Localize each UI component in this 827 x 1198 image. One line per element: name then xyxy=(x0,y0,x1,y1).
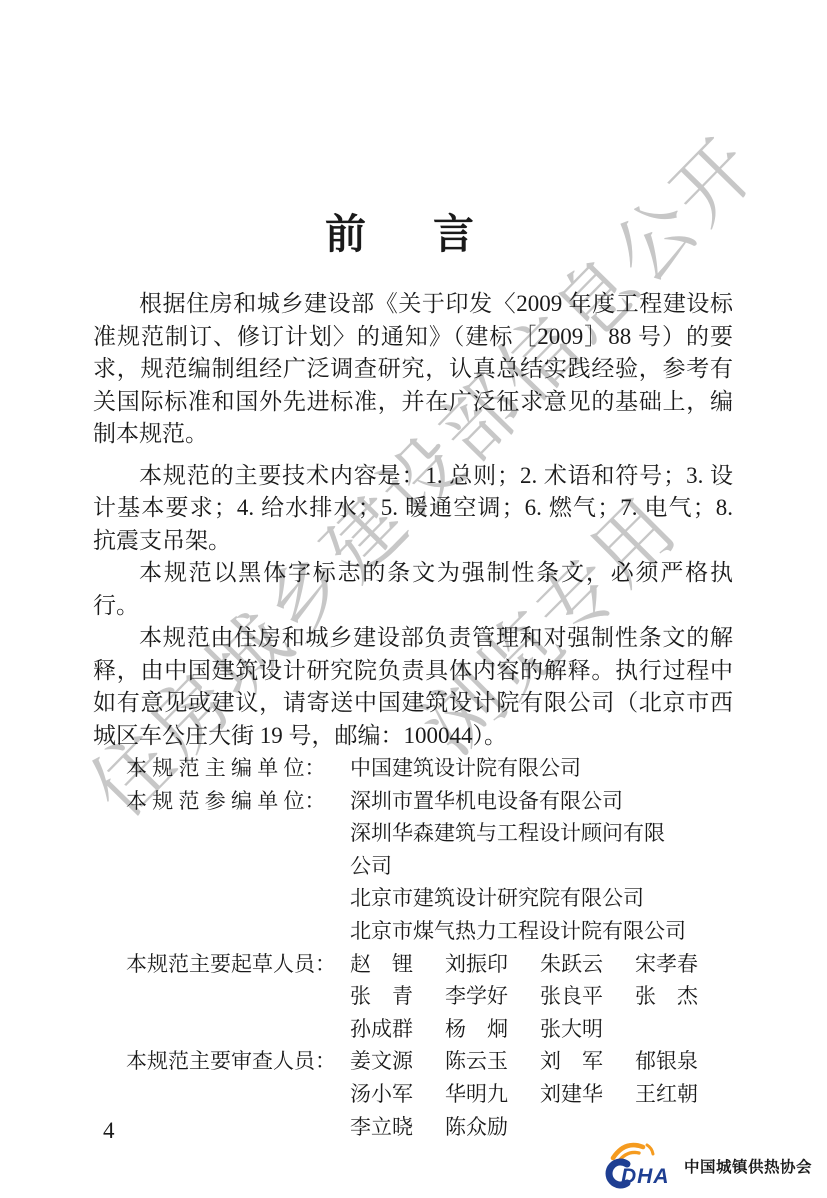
contributor-row: 本 规 范 主 编 单 位：中国建筑设计院有限公司 xyxy=(93,752,733,785)
contributor-name: 陈众励 xyxy=(445,1111,509,1144)
contributor-unit-line: 公司 xyxy=(350,850,392,883)
contributor-unit-line: 深圳市置华机电设备有限公司 xyxy=(350,785,623,818)
contributor-name: 张 青 xyxy=(350,980,414,1013)
contributor-row: 北京市建筑设计研究院有限公司 xyxy=(93,882,733,915)
body-text: 根据住房和城乡建设部《关于印发〈2009 年度工程建设标准规范制订、修订计划〉的… xyxy=(93,288,733,1143)
contributor-name: 王红朝 xyxy=(635,1078,699,1111)
cdha-logo-icon: DHA xyxy=(597,1136,675,1190)
contributor-name: 张 杰 xyxy=(635,980,699,1013)
paragraph: 本规范的主要技术内容是：1. 总则；2. 术语和符号；3. 设计基本要求；4. … xyxy=(93,460,733,558)
contributor-name: 朱跃云 xyxy=(540,948,604,981)
title-char-right: 言 xyxy=(433,211,475,257)
association-logo: DHA 中国城镇供热协会 xyxy=(597,1136,812,1190)
contributor-name: 张大明 xyxy=(540,1013,604,1046)
contributor-name: 李学好 xyxy=(445,980,509,1013)
contributor-label xyxy=(126,850,338,883)
contributor-name: 姜文源 xyxy=(350,1045,414,1078)
page-content: 前言 根据住房和城乡建设部《关于印发〈2009 年度工程建设标准规范制订、修订计… xyxy=(0,0,827,1198)
contributor-names-line: 李立晓陈众励 xyxy=(350,1111,540,1144)
contributor-name: 汤小军 xyxy=(350,1078,414,1111)
contributor-name: 张良平 xyxy=(540,980,604,1013)
page-number: 4 xyxy=(103,1118,115,1144)
contributor-unit-line: 北京市煤气热力工程设计院有限公司 xyxy=(350,915,686,948)
contributor-label: 本规范主要起草人员： xyxy=(126,948,338,981)
document-page: 住房城乡建设部信息公开 浏览专用 前言 根据住房和城乡建设部《关于印发〈2009… xyxy=(0,0,827,1198)
contributor-label xyxy=(126,882,338,915)
logo-orange-tick xyxy=(647,1145,653,1154)
contributor-label xyxy=(126,1013,338,1046)
contributor-name: 杨 炯 xyxy=(445,1013,509,1046)
contributor-row: 深圳华森建筑与工程设计顾问有限 xyxy=(93,817,733,850)
contributor-names-line: 孙成群杨 炯张大明 xyxy=(350,1013,635,1046)
contributor-name: 刘 军 xyxy=(540,1045,604,1078)
paragraph: 本规范由住房和城乡建设部负责管理和对强制性条文的解释，由中国建筑设计研究院负责具… xyxy=(93,622,733,752)
contributor-row: 孙成群杨 炯张大明 xyxy=(93,1013,733,1046)
page-title: 前言 xyxy=(0,201,800,260)
contributor-row: 本 规 范 参 编 单 位：深圳市置华机电设备有限公司 xyxy=(93,785,733,818)
contributor-names-line: 张 青李学好张良平张 杰 xyxy=(350,980,730,1013)
contributor-name: 郁银泉 xyxy=(635,1045,699,1078)
contributor-row: 汤小军华明九刘建华王红朝 xyxy=(93,1078,733,1111)
contributor-row: 张 青李学好张良平张 杰 xyxy=(93,980,733,1013)
contributor-unit-line: 北京市建筑设计研究院有限公司 xyxy=(350,882,644,915)
contributor-name: 孙成群 xyxy=(350,1013,414,1046)
contributor-row: 北京市煤气热力工程设计院有限公司 xyxy=(93,915,733,948)
contributor-label: 本 规 范 主 编 单 位： xyxy=(126,752,338,785)
contributor-name: 刘建华 xyxy=(540,1078,604,1111)
logo-acronym-text: DHA xyxy=(621,1165,670,1188)
contributor-label xyxy=(126,1111,338,1144)
contributor-row: 本规范主要起草人员：赵 锂刘振印朱跃云宋孝春 xyxy=(93,948,733,981)
contributor-label: 本规范主要审查人员： xyxy=(126,1045,338,1078)
contributor-label xyxy=(126,915,338,948)
contributor-name: 宋孝春 xyxy=(635,948,699,981)
contributor-row: 公司 xyxy=(93,850,733,883)
contributor-label xyxy=(126,980,338,1013)
contributor-label: 本 规 范 参 编 单 位： xyxy=(126,785,338,818)
contributor-name: 陈云玉 xyxy=(445,1045,509,1078)
contributor-names-line: 赵 锂刘振印朱跃云宋孝春 xyxy=(350,948,730,981)
contributor-names-line: 姜文源陈云玉刘 军郁银泉 xyxy=(350,1045,730,1078)
contributor-label xyxy=(126,1078,338,1111)
contributor-name: 赵 锂 xyxy=(350,948,414,981)
paragraph: 根据住房和城乡建设部《关于印发〈2009 年度工程建设标准规范制订、修订计划〉的… xyxy=(93,288,733,451)
contributor-unit-line: 深圳华森建筑与工程设计顾问有限 xyxy=(350,817,665,850)
contributor-name: 刘振印 xyxy=(445,948,509,981)
contributors-section: 本 规 范 主 编 单 位：中国建筑设计院有限公司本 规 范 参 编 单 位：深… xyxy=(93,752,733,1143)
contributor-name: 李立晓 xyxy=(350,1111,414,1144)
contributor-row: 本规范主要审查人员：姜文源陈云玉刘 军郁银泉 xyxy=(93,1045,733,1078)
logo-org-name: 中国城镇供热协会 xyxy=(684,1155,812,1177)
paragraph: 本规范以黑体字标志的条文为强制性条文，必须严格执行。 xyxy=(93,557,733,622)
contributor-name: 华明九 xyxy=(445,1078,509,1111)
contributor-label xyxy=(126,817,338,850)
title-char-left: 前 xyxy=(325,211,367,257)
contributor-unit-line: 中国建筑设计院有限公司 xyxy=(350,752,581,785)
contributor-names-line: 汤小军华明九刘建华王红朝 xyxy=(350,1078,730,1111)
